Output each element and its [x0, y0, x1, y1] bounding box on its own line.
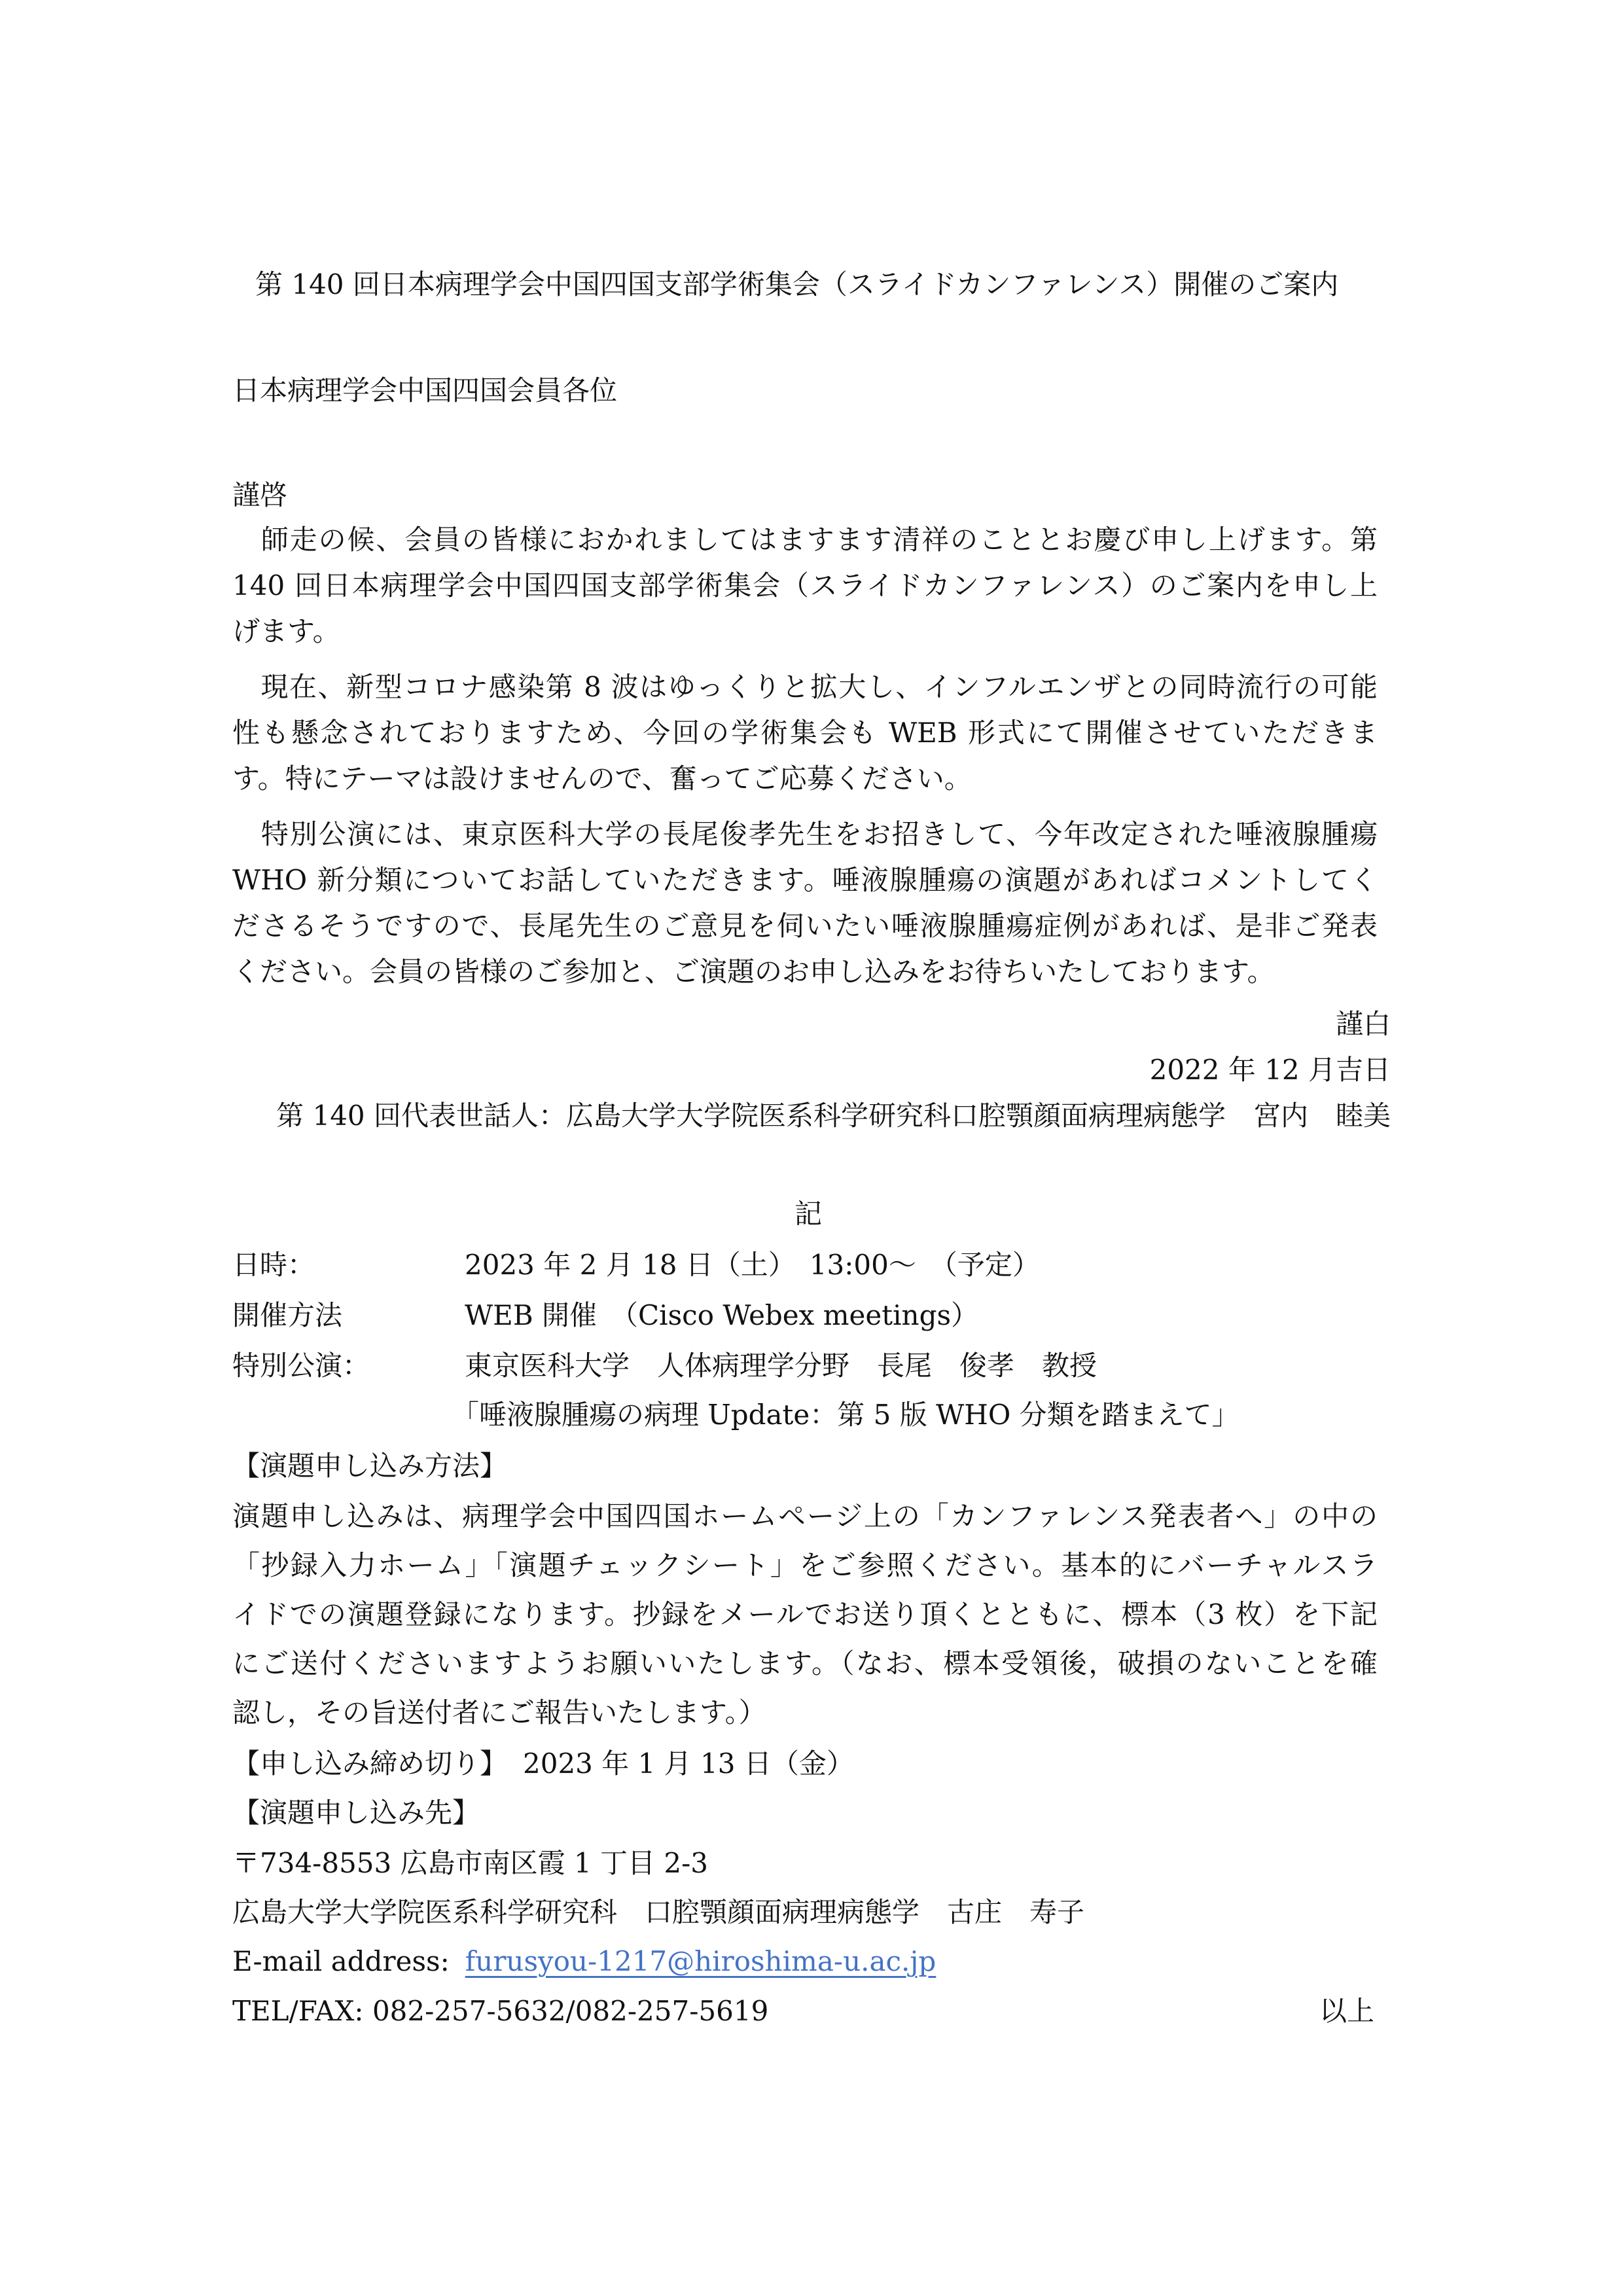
body-line: 性も懸念されておりますため、今回の学術集会も WEB 形式にて開催させていただき… — [232, 710, 1378, 756]
method-label: 開催方法 — [232, 1293, 465, 1338]
detail-lecture: 特別公演：東京医科大学 人体病理学分野 長尾 俊孝 教授 — [232, 1343, 1378, 1389]
detail-datetime: 日時：2023 年 2 月 18 日（土） 13:00～ （予定） — [232, 1242, 1378, 1288]
telfax-line: TEL/FAX: 082-257-5632/082-257-5619 以上 — [232, 1988, 1374, 2034]
salutation-close: 謹白 — [232, 1001, 1391, 1047]
datetime-value: 2023 年 2 月 18 日（土） 13:00～ （予定） — [465, 1249, 1040, 1281]
document-page: 第 140 回日本病理学会中国四国支部学術集会（スライドカンファレンス）開催のご… — [0, 0, 1623, 2296]
lecture-speaker: 東京医科大学 人体病理学分野 長尾 俊孝 教授 — [465, 1350, 1097, 1382]
addressee: 日本病理学会中国四国会員各位 — [232, 368, 1378, 414]
organizer: 第 140 回代表世話人：広島大学大学院医系科学研究科口腔顎顔面病理病態学 宮内… — [232, 1093, 1391, 1139]
application-heading: 【演題申し込み方法】 — [232, 1443, 1378, 1489]
email-label: E-mail address: — [232, 1945, 450, 1977]
ki-heading: 記 — [232, 1191, 1384, 1237]
detail-method: 開催方法WEB 開催 （Cisco Webex meetings） — [232, 1293, 1378, 1338]
salutation-open: 謹啓 — [232, 473, 1378, 518]
lecture-label: 特別公演： — [232, 1343, 465, 1389]
body-line: げます。 — [232, 609, 1378, 655]
body-line: 140 回日本病理学会中国四国支部学術集会（スライドカンファレンス）のご案内を申… — [232, 563, 1378, 609]
department: 広島大学大学院医系科学研究科 口腔顎顔面病理病態学 古庄 寿子 — [232, 1890, 1378, 1935]
application-line: イドでの演題登録になります。抄録をメールでお送り頂くとともに、標本（3 枚）を下… — [232, 1592, 1378, 1638]
destination-heading: 【演題申し込み先】 — [232, 1790, 1378, 1836]
method-value: WEB 開催 （Cisco Webex meetings） — [465, 1299, 978, 1331]
datetime-label: 日時： — [232, 1242, 465, 1288]
application-line: 演題申し込みは、病理学会中国四国ホームページ上の「カンファレンス発表者へ」の中の — [232, 1494, 1378, 1539]
application-line: 「抄録入力ホーム」「演題チェックシート」をご参照ください。基本的にバーチャルスラ — [232, 1543, 1378, 1588]
email-link[interactable]: furusyou-1217@hiroshima-u.ac.jp — [465, 1945, 936, 1977]
body-line: WHO 新分類についてお話していただきます。唾液腺腫瘍の演題があればコメントして… — [232, 857, 1378, 903]
email-line: E-mail address:furusyou-1217@hiroshima-u… — [232, 1939, 1378, 1984]
deadline-label: 【申し込み締め切り】 — [232, 1748, 507, 1780]
telfax: TEL/FAX: 082-257-5632/082-257-5619 — [232, 1995, 768, 2027]
body-line: す。特にテーマは設けませんので、奮ってご応募ください。 — [232, 756, 1378, 802]
end-mark: 以上 — [1319, 1988, 1374, 2034]
body-line: 特別公演には、東京医科大学の長尾俊孝先生をお招きして、今年改定された唾液腺腫瘍 — [232, 812, 1378, 857]
body-line: 師走の候、会員の皆様におかれましてはますます清祥のこととお慶び申し上げます。第 — [232, 517, 1378, 563]
deadline-value: 2023 年 1 月 13 日（金） — [523, 1748, 854, 1780]
issue-date: 2022 年 12 月吉日 — [232, 1047, 1391, 1093]
application-line: にご送付くださいますようお願いいたします。（なお、標本受領後，破損のないことを確 — [232, 1641, 1378, 1687]
body-line: ださるそうですので、長尾先生のご意見を伺いたい唾液腺腫瘍症例があれば、是非ご発表 — [232, 903, 1378, 949]
postal-address: 〒734-8553 広島市南区霞 1 丁目 2-3 — [232, 1840, 1378, 1886]
application-line: 認し，その旨送付者にご報告いたします。） — [232, 1690, 1378, 1736]
body-line: 現在、新型コロナ感染第 8 波はゆっくりと拡大し、インフルエンザとの同時流行の可… — [232, 664, 1378, 710]
lecture-title: 「唾液腺腫瘍の病理 Update：第 5 版 WHO 分類を踏まえて」 — [452, 1392, 1597, 1438]
deadline: 【申し込み締め切り】2023 年 1 月 13 日（金） — [232, 1741, 1378, 1787]
body-line: ください。会員の皆様のご参加と、ご演題のお申し込みをお待ちいたしております。 — [232, 949, 1378, 995]
document-title: 第 140 回日本病理学会中国四国支部学術集会（スライドカンファレンス）開催のご… — [255, 262, 1394, 308]
